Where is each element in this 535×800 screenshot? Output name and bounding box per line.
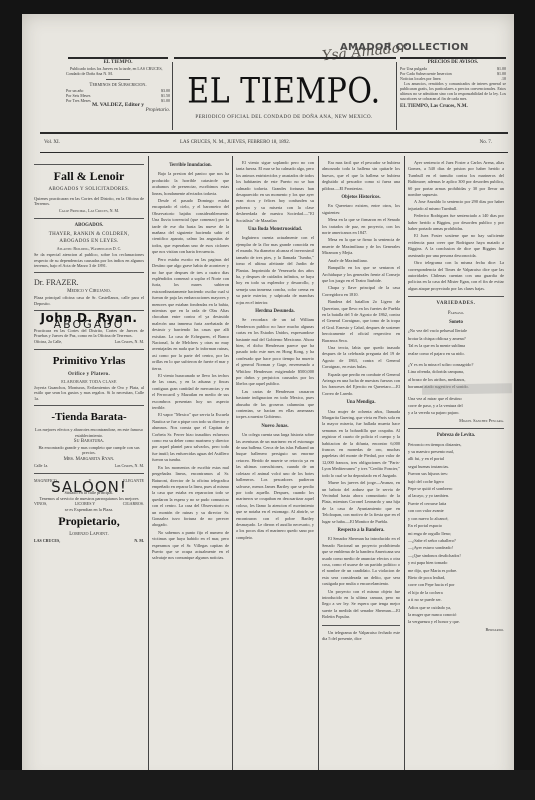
- article-paragraph: El viento sigue soplando pero no con tan…: [236, 160, 314, 224]
- scan-border: [0, 770, 535, 800]
- ad-fall-lenoir-role: ABOGADOS Y SOLICITADORES.: [34, 186, 144, 193]
- article-heading: Terrible Inundacion.: [152, 163, 229, 169]
- column-divider: [404, 156, 405, 771]
- box-divider: [106, 79, 130, 80]
- article-paragraph: Se recordara de un tal William Henderson…: [236, 317, 314, 387]
- column-divider: [318, 156, 319, 771]
- ad-saloon-role: Propietario,: [34, 514, 144, 529]
- newspaper-subtitle: PERIODICO OFICIAL DEL CONDADO DE DOÑA AN…: [172, 115, 396, 120]
- issue-date: LAS CRUCES, N. M., JUEVES, FEBRERO 18, 1…: [180, 140, 290, 145]
- volume-number: Vol. XI.: [44, 140, 60, 145]
- article-column-2: Terrible Inundacion. Bajo la presion del…: [152, 160, 229, 772]
- article-heading: Una Boda Monstruosidad.: [236, 227, 314, 233]
- article-paragraph: Mesa en la que se firmaron en el Senado …: [322, 217, 400, 236]
- article-paragraph: Bajo la presion del panico que nos ha pr…: [152, 171, 229, 197]
- article-paragraph: Una tercia, labia que quedo inasado desp…: [322, 345, 400, 371]
- ad-yrlas-role: Orifice y Platero.: [34, 371, 144, 378]
- article-paragraph: Chapa y llave principal de la casa Corre…: [322, 285, 400, 298]
- ad-thayer-text: Se da especial atencion al publico, sobr…: [34, 252, 144, 268]
- poem-title: Pobreza de Levita.: [408, 433, 504, 439]
- scan-smudge: [422, 383, 512, 395]
- ad-saloon-text2: se es Expendian en la Plaza.: [34, 507, 144, 512]
- poem-author: Miguel Sanchez Pescara.: [408, 418, 504, 424]
- issue-number: No. 7.: [480, 140, 492, 145]
- ad-fall-lenoir-name: Fall & Lenoir: [34, 169, 144, 184]
- ad-frazer-text: Plaza principal oficina casa de Sr. Cast…: [34, 295, 144, 306]
- article-paragraph: Anafe de Maximiliano.: [322, 258, 400, 264]
- article-heading: Nuevo Jonas.: [236, 424, 314, 430]
- ad-rates-footer: EL TIEMPO, Las Cruces, N.M.: [400, 104, 506, 109]
- ad-yrlas-text: Joyeria Guanchos, Monturas, Evilamientos…: [34, 385, 144, 401]
- article-paragraph: No sabemos a punto fijo el numero de vic…: [152, 530, 229, 562]
- article-paragraph: Ayer sentencio el Juez Foster a Carlos A…: [408, 160, 504, 198]
- article-paragraph: Otro telegrama con la misma fecha dice: …: [408, 260, 504, 292]
- article-paragraph: Desde el pasado Domingo estaba encapotad…: [152, 198, 229, 256]
- poem-author: Bernardo.: [408, 627, 504, 633]
- dateline-rule: [40, 152, 508, 153]
- section-subheading: Parnaso.: [408, 311, 504, 317]
- ad-saloon-owner: Lorenzo Lapoint.: [34, 531, 144, 538]
- ad-frazer-name: Dr. FRAZER.: [34, 277, 144, 288]
- column-divider: [148, 156, 149, 771]
- article-column-5: Ayer sentencio el Juez Foster a Carlos A…: [408, 160, 504, 772]
- ad-thayer-heading: ABOGADOS.: [34, 223, 144, 229]
- article-heading: Objetos Historicos.: [322, 195, 400, 201]
- article-paragraph: Mesa en la que se firmo la sentencia de …: [322, 237, 400, 256]
- ad-thayer-name: THAYER, RANKIN & COLDREN,: [34, 231, 144, 238]
- dateline: Vol. XI. LAS CRUCES, N. M., JUEVES, FEBR…: [40, 138, 500, 150]
- ad-rates-text: Los anuncios, remitidos y comunicados de…: [400, 81, 506, 101]
- ad-fall-lenoir-address: Calle Principal, Las Cruces, N. M.: [34, 207, 144, 214]
- ad-tienda-owner: Mrs. Margarita Ryan.: [34, 456, 144, 463]
- ad-tienda-text2: Ha encontrado grande y mas completo que …: [34, 445, 144, 456]
- article-paragraph: Espada que perdio en combate el General …: [322, 372, 400, 398]
- subscription-box: EL TIEMPO. Publicado todos los Jueves en…: [66, 59, 170, 113]
- article-heading: Respecto a la Bandera.: [322, 528, 400, 534]
- ad-yrlas-heading: ELABORARE TODA CLASE: [34, 378, 144, 385]
- article-heading: Una Mendiga.: [322, 400, 400, 406]
- masthead-rule-bottom: [40, 132, 508, 134]
- masthead-rule-center-top: [174, 57, 396, 59]
- article-paragraph: El viento huracanado se llevo los techos…: [152, 373, 229, 411]
- ad-saloon-footer: LAS CRUCES,N. M.: [34, 538, 144, 544]
- ad-frazer-role: Medico y Cirujano.: [34, 288, 144, 295]
- ad-rates-title: PRECIOS DE AVISOS.: [400, 59, 506, 66]
- ad-tienda-text: Los mejores efectos y abarrotes encontra…: [34, 427, 144, 438]
- newspaper-page: Ysa Amador AMADOR COLLECTION EL TIEMPO. …: [22, 14, 514, 784]
- masthead-divider-right: [396, 62, 397, 130]
- article-paragraph: El vapor "Mexico" que servia la Escuela …: [152, 412, 229, 463]
- article-column-3: El viento sigue soplando pero no con tan…: [236, 160, 314, 772]
- advertisements-column: Fall & Lenoir ABOGADOS Y SOLICITADORES. …: [34, 160, 144, 784]
- ad-thayer-role: ABOGADOS EN LEYES.: [34, 238, 144, 245]
- ad-fall-lenoir-text: Quienes practicaran en las Cortes del Di…: [34, 196, 144, 207]
- article-paragraph: Pero estaba escrito en las paginas del D…: [152, 257, 229, 372]
- article-paragraph: En los momentos de escribir estas mal pe…: [152, 465, 229, 529]
- article-paragraph: Las cartas de Henderson causaron bastant…: [236, 389, 314, 421]
- article-paragraph: A Jose Anzaldo lo sentencio por 290 dias…: [408, 199, 504, 212]
- article-paragraph: Era mas facil que el pescador se hubiera…: [322, 160, 400, 192]
- article-paragraph: Un telegrama de Valparaiso fechado este …: [322, 630, 400, 643]
- article-paragraph: Un colega cuenta una larga historia sobr…: [236, 432, 314, 541]
- article-paragraph: El Juez Foster sostiene que no hay sufic…: [408, 233, 504, 259]
- article-paragraph: Inglaterra cuenta actualmente con el eje…: [236, 235, 314, 305]
- article-paragraph: Banquillo en los que se sentaron el Arch…: [322, 265, 400, 284]
- ad-ryan-text: Practicara en las Cortes del Distrito, C…: [34, 328, 144, 339]
- article-paragraph: Bandera del batallon 2o Ligero de Queret…: [322, 299, 400, 344]
- ad-tienda-footer: Calle 1a.Las Cruces, N. M.: [34, 463, 144, 469]
- article-paragraph: Federico Rodriguez fue sentenciado a 140…: [408, 213, 504, 232]
- ad-thayer-address: Atlantic Building, Washington D. C.: [34, 245, 144, 252]
- editor-role: Propietario.: [66, 108, 170, 113]
- publication-note: Publicado todos los Jueves en la tarde, …: [66, 66, 170, 76]
- article-heading: Herdma Desuneda.: [236, 309, 314, 315]
- article-paragraph: En Queretaro existen, entre otros, los s…: [322, 203, 400, 216]
- ad-rates-box: PRECIOS DE AVISOS. Por Una pulgada$1.00 …: [400, 59, 506, 109]
- subscription-box-title: EL TIEMPO.: [66, 59, 170, 66]
- ad-tienda-line: Su Baratura.: [34, 438, 144, 445]
- article-paragraph: Muere los jueves del jorge—Avanzo, en un…: [322, 480, 400, 525]
- article-paragraph: Una mujer de ochenta años, llamada Marga…: [322, 409, 400, 479]
- article-column-4: Era mas facil que el pescador se hubiera…: [322, 160, 400, 772]
- ad-ryan-footer: Oficina, 2a Calle,Las Cruces, N. M.: [34, 339, 144, 345]
- column-divider: [232, 156, 233, 771]
- poem-title: Soneto: [408, 320, 504, 326]
- article-paragraph: El Senador Sherman ha introducido en el …: [322, 536, 400, 587]
- article-paragraph: Un proyecto con el mismo objeto fue intr…: [322, 589, 400, 621]
- ad-yrlas-name: Primitivo Yrlas: [34, 354, 144, 369]
- section-heading: VARIEDADES.: [408, 301, 504, 307]
- ad-tienda-name: -Tienda Barata-: [34, 410, 144, 425]
- archive-stamp: AMADOR COLLECTION: [340, 42, 469, 53]
- newspaper-title: EL TIEMPO.: [172, 71, 396, 111]
